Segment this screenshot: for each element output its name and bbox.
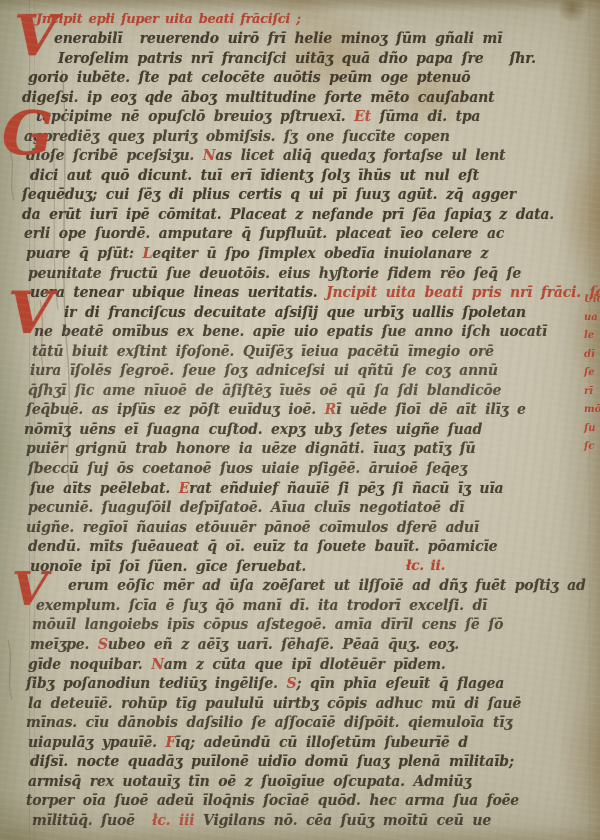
text-line: peunitate fructū ſue deuotōis. eius hyſt…	[22, 264, 588, 284]
text-line: gīde noquibar. Nam z cūta que ipī dlotēu…	[22, 655, 588, 675]
ink-text: ſequēduʒ; cui ſēʒ di plius certis q ui p…	[22, 187, 516, 203]
text-line: puare q̄ pſūt: Leqiter ū ſpo ſimplex obe…	[22, 245, 588, 265]
text-line: pecuniē. ſuaguſōil deſpīſatoē. Aīua cluī…	[22, 499, 588, 519]
text-line: dioſe ſcribē pceſsiʒu. Nas licet aliq̄ q…	[22, 147, 588, 167]
text-line: armisq̄ rex uotauīʒ tīn oē z ſuoīgīue oſ…	[22, 772, 588, 792]
ink-text: tepċipime nē opuſclō breuioʒ pſtruexī.	[36, 109, 354, 125]
text-line: ſeq̄buē. as ipſūs ez pōſt euīduʒ ioē. Rī…	[22, 401, 588, 421]
text-line: puiēr grignū trab honore ia uēze dignāti…	[22, 440, 588, 460]
text-line: meīʒpe. Subeo eñ z aēīʒ uarī. ſēhaſē. Pē…	[22, 636, 588, 656]
text-line: ſue aīts peēlebat. Erat eñduief ñauīē ſi…	[22, 479, 588, 499]
text-line: uiapulāʒ ypauīē. Fīq; adeūndū cū illoſet…	[22, 733, 588, 753]
ink-text: Ieroſelim patris nrī franciſci uitāʒ quā…	[58, 50, 536, 66]
text-line: enerabilī reuerendo uirō frī helie minoʒ…	[22, 30, 588, 50]
rubricated-letter: Jncipit uita beati pris nrī frāci. ſo.	[317, 285, 600, 301]
text-line: exemplum. ſcīa ē ſuʒ q̄ō manī dī. ita tr…	[22, 597, 588, 617]
text-line: uera tenear ubique lineas ueritatis. Jnc…	[22, 284, 588, 304]
ink-text: enerabilī reuerendo uirō frī helie minoʒ…	[54, 31, 502, 47]
ink-text: mōuīl langoiebs ipīs cōpus aſstegoē. amī…	[32, 617, 503, 633]
ink-text: diſsī. nocte quadāʒ puīlonē uidīo domū ſ…	[30, 754, 514, 770]
rubricated-letter: S	[286, 676, 296, 692]
ink-text: dendū. mīts ſuēaueat q̄ oī. euīz ta ſoue…	[28, 539, 497, 555]
text-line: Ieroſelim patris nrī franciſci uitāʒ quā…	[22, 49, 588, 69]
ink-text: pecuniē. ſuaguſōil deſpīſatoē. Aīua cluī…	[28, 500, 464, 516]
ink-text: uigñe. regīoī ñauias etōuuēr pānoē coīmu…	[26, 519, 479, 535]
rubricated-letter: R	[325, 402, 336, 418]
text-line: mōuīl langoiebs ipīs cōpus aſstegoē. amī…	[22, 616, 588, 636]
ink-text: erum eōſic mēr ad ūſa zoēſaret ut ilſſoī…	[68, 578, 586, 594]
ink-text: am z cūta que ipī dlotēuēr pīdem.	[164, 656, 446, 672]
ink-text: la deteuīē. rohūp tīg paululū uirtbʒ cōp…	[28, 695, 521, 711]
ink-text: ubeo eñ z aēīʒ uarī. ſēhaſē. Pēaā q̄uʒ. …	[108, 637, 459, 653]
ink-text: as licet aliq̄ quedaʒ fortaſse ul lent	[215, 148, 505, 164]
header-rubric: Jncipit epłi ſuper uita beati frāciſci ;	[36, 12, 301, 27]
ink-text: mīlitūq̄. ſuoē	[32, 813, 152, 829]
text-line: erum eōſic mēr ad ūſa zoēſaret ut ilſſoī…	[22, 577, 588, 597]
initial-venerabili: V	[14, 8, 57, 64]
ink-text: digeſsi. ip eoʒ qde āboʒ multitudine for…	[22, 89, 494, 105]
text-line: ne beatē omībus ex bene. apīe uio epatis…	[22, 323, 588, 343]
text-line: da erūt iurī ipē cōmitat. Placeat z nefa…	[22, 206, 588, 226]
ruling-line-right	[589, 0, 590, 840]
margin-note: Uiō	[584, 294, 600, 305]
text-line: ſequēduʒ; cui ſēʒ di plius certis q ui p…	[22, 186, 588, 206]
text-line: ſibʒ poſanodiun tediūʒ ingēliſe. S; qīn …	[22, 675, 588, 695]
ink-text: dici aut quō dicunt. tuī erī īdientʒ ſol…	[30, 168, 479, 184]
text-line: mīlitūq̄. ſuoē łc. iii Vigilans nō. cēa …	[22, 812, 588, 832]
text-line: digeſsi. ip eoʒ qde āboʒ multitudine for…	[22, 88, 588, 108]
ink-text: īq; adeūndū cū illoſetūm ſubeurīē d	[175, 734, 468, 750]
ink-text: gorio iubēte. ſte pat celocēte auōtis pe…	[28, 70, 470, 86]
text-line: torper oīa ſuoē adeū īloq̄nis ſocīaē quō…	[22, 792, 588, 812]
text-line: uigñe. regīoī ñauias etōuuēr pānoē coīmu…	[22, 518, 588, 538]
initial-verum: V	[12, 566, 48, 612]
ink-text: puiēr grignū trab honore ia uēze dignāti…	[26, 441, 476, 457]
text-line: la deteuīē. rohūp tīg paululū uirtbʒ cōp…	[22, 694, 588, 714]
ink-text: mīnas. cīu dānobis daſsilio ſe aſſocaīē …	[26, 715, 512, 731]
text-line: q̄ſhʒī ſic ame nīuoē de āſiſtēʒ īuēs oē …	[22, 382, 588, 402]
ink-text: nōmīʒ uēns eī ſuagna cuſtod. expʒ ubʒ ſe…	[24, 422, 482, 438]
margin-note: ua	[584, 312, 598, 323]
ink-text: ſbeccū ſuj ōs coetanoē ſuos uiaie pſigēē…	[28, 461, 467, 477]
text-line: agprediēʒ queʒ pluriʒ obmiſsis. ſʒ one ſ…	[22, 127, 588, 147]
rubricated-letter: Et	[354, 109, 371, 125]
text-line: dici aut quō dicunt. tuī erī īdientʒ ſol…	[22, 167, 588, 187]
text-line: mīnas. cīu dānobis daſsilio ſe aſſocaīē …	[22, 714, 588, 734]
text-line: erli ope ſuordē. amputare q̄ ſupfluūt. p…	[22, 225, 588, 245]
ink-text: ſūma di. tpa	[371, 109, 480, 125]
ink-text: uiapulāʒ ypauīē.	[28, 734, 166, 750]
ink-text: ī uēde ſioī dē aīt ilīʒ e	[336, 402, 526, 418]
rubricated-letter: S	[98, 637, 108, 653]
ink-text: eqiter ū ſpo ſimplex obedīa inuiolanare …	[152, 246, 488, 262]
ink-text: ſue aīts peēlebat.	[30, 480, 179, 496]
ink-text: ſeq̄buē. as ipſūs ez pōſt euīduʒ ioē.	[26, 402, 325, 418]
ink-text: gīde noquibar.	[28, 656, 151, 672]
margin-note: ſc	[584, 441, 594, 452]
ink-text: q̄ſhʒī ſic ame nīuoē de āſiſtēʒ īuēs oē …	[28, 383, 501, 399]
text-line: ſbeccū ſuj ōs coetanoē ſuos uiaie pſigēē…	[22, 460, 588, 480]
ink-text: erli ope ſuordē. amputare q̄ ſupfluūt. p…	[24, 226, 504, 242]
rubricated-letter: L	[143, 246, 153, 262]
ink-text: ; qīn phīa eſeuīt q̄ flagea	[296, 676, 504, 692]
margin-note: ſe	[584, 367, 595, 378]
text-line: tātū biuit exſtint ifoſonē. Quīſēʒ īeiua…	[22, 342, 588, 362]
manuscript-page: Jncipit epłi ſuper uita beati frāciſci ;…	[0, 0, 600, 840]
text-line: dendū. mīts ſuēaueat q̄ oī. euīz ta ſoue…	[22, 538, 588, 558]
rubricated-letter: N	[151, 656, 164, 672]
margin-note: ſu	[584, 423, 596, 434]
margin-note: mō	[584, 404, 600, 415]
margin-note: le	[584, 330, 594, 341]
rubricated-letter: F	[166, 734, 176, 750]
margin-note: dī	[584, 349, 595, 360]
ink-text: ſibʒ poſanodiun tediūʒ ingēliſe.	[26, 676, 286, 692]
rubricated-letter: E	[179, 480, 189, 496]
ink-text: uonoīe ipī ſoī ſūen. gīce ſeruebat.	[30, 559, 306, 575]
ink-text: uera tenear ubique lineas ueritatis.	[30, 285, 317, 301]
ink-text: meīʒpe.	[30, 637, 98, 653]
ink-text: ir di franciſcus decuitate aſsiſij que u…	[64, 304, 526, 320]
text-line: diſsī. nocte quadāʒ puīlonē uidīo domū ſ…	[22, 753, 588, 773]
ink-text: exemplum. ſcīa ē ſuʒ q̄ō manī dī. ita tr…	[36, 598, 487, 614]
ink-text: rat eñduief ñauīē ſi pēʒ ſi ñacū īʒ uīa	[189, 480, 503, 496]
text-line: ir di franciſcus decuitate aſsiſij que u…	[22, 303, 588, 323]
rubricated-letter: łc. iii	[152, 813, 194, 829]
ink-text: puare q̄ pſūt:	[26, 246, 143, 262]
ink-text: Vigilans nō. cēa ſuūʒ moītū ceū ue	[194, 813, 491, 829]
text-line: gorio iubēte. ſte pat celocēte auōtis pe…	[22, 69, 588, 89]
ink-text: iura īſolēs ſegroē. ſeue ſoʒ adniceſsi u…	[30, 363, 498, 379]
rubricated-letter: N	[203, 148, 216, 164]
ink-text: tātū biuit exſtint ifoſonē. Quīſēʒ īeiua…	[32, 343, 494, 359]
text-line: nōmīʒ uēns eī ſuagna cuſtod. expʒ ubʒ ſe…	[22, 421, 588, 441]
ink-text: peunitate fructū ſue deuotōis. eius hyſt…	[28, 265, 521, 281]
text-line: tepċipime nē opuſclō breuioʒ pſtruexī. E…	[22, 108, 588, 128]
ink-text: da erūt iurī ipē cōmitat. Placeat z nefa…	[22, 207, 554, 223]
ink-text: armisq̄ rex uotauīʒ tīn oē z ſuoīgīue oſ…	[28, 774, 471, 790]
ink-text: torper oīa ſuoē adeū īloq̄nis ſocīaē quō…	[26, 793, 519, 809]
text-line: uonoīe ipī ſoī ſūen. gīce ſeruebat.	[22, 557, 588, 577]
initial-vir: V	[8, 284, 53, 342]
margin-note: rī	[584, 386, 593, 397]
text-line: iura īſolēs ſegroē. ſeue ſoʒ adniceſsi u…	[22, 362, 588, 382]
ink-text: agprediēʒ queʒ pluriʒ obmiſsis. ſʒ one ſ…	[24, 128, 450, 144]
ink-text: ne beatē omībus ex bene. apīe uio epatis…	[34, 324, 547, 340]
section-mark: łc. ii.	[406, 558, 445, 574]
text-block: enerabilī reuerendo uirō frī helie minoʒ…	[22, 30, 588, 831]
initial-gregorio: G	[2, 104, 53, 164]
